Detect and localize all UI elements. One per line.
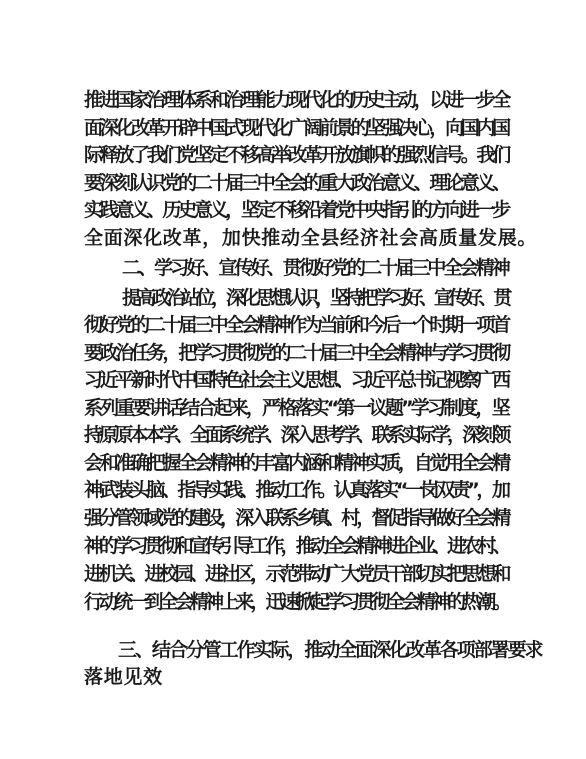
- paragraph-line: 要政治任务，把学习贯彻党的二十届三中全会精神与学习贯彻: [84, 340, 508, 366]
- section-heading-2: 二、学习好、宣传好、贯彻好党的二十届三中全会精神: [122, 255, 508, 281]
- paragraph-line: 提高政治站位，深化思想认识，坚持把学习好、宣传好、贯: [122, 285, 508, 311]
- paragraph-line: 全面深化改革，加快推动全县经济社会高质量发展。: [84, 225, 508, 251]
- paragraph-line: 系列重要讲话结合起来，严格落实“第一议题”学习制度，坚: [84, 395, 508, 421]
- paragraph-line: 面深化改革开辟中国式现代化广阔前景的坚强决心，向国内国: [84, 115, 508, 141]
- paragraph-line: 会和准确把握全会精神的丰富内涵和精神实质，自觉用全会精: [84, 450, 508, 476]
- paragraph-line: 际释放了我们党坚定不移高举改革开放旗帜的强烈信号。我们: [84, 142, 508, 168]
- paragraph-line: 神的学习贯彻和宣传引导工作，推动全会精神进企业、进农村、: [84, 533, 508, 559]
- section-heading-3: 三、结合分管工作实际，推动全面深化改革各项部署要求: [118, 637, 542, 663]
- paragraph-line: 习近平新时代中国特色社会主义思想、习近平总书记视察广西: [84, 367, 508, 393]
- paragraph-line: 要深刻认识党的二十届三中全会的重大政治意义、理论意义、: [84, 170, 508, 196]
- section-heading-3-continued: 落地见效: [84, 664, 508, 690]
- document-page: 推进国家治理体系和治理能力现代化的历史主动，以进一步全 面深化改革开辟中国式现代…: [0, 0, 586, 759]
- paragraph-line: 行动统一到全会精神上来，迅速掀起学习贯彻全会精神的热潮。: [84, 589, 508, 615]
- paragraph-line: 进机关、进校园、进社区，示范带动广大党员干部切实把思想和: [84, 561, 508, 587]
- paragraph-line: 持原原本本学、全面系统学、深入思考学、联系实际学，深刻领: [84, 422, 508, 448]
- paragraph-line: 神武装头脑、指导实践、推动工作。认真落实“一岗双责”，加: [84, 477, 508, 503]
- paragraph-line: 实践意义、历史意义，坚定不移沿着党中央指引的方向进一步: [84, 197, 508, 223]
- paragraph-line: 彻好党的二十届三中全会精神作为当前和今后一个时期一项首: [84, 312, 508, 338]
- paragraph-line: 强分管领域党的建设，深入联系乡镇、村，督促指导做好全会精: [84, 505, 508, 531]
- paragraph-line: 推进国家治理体系和治理能力现代化的历史主动，以进一步全: [84, 87, 508, 113]
